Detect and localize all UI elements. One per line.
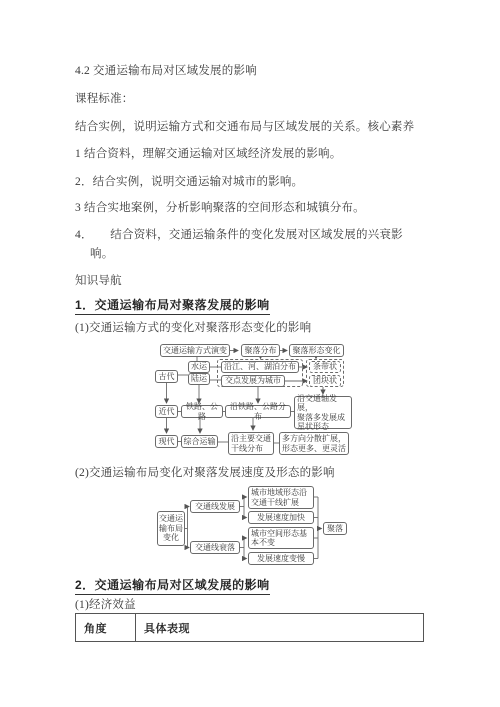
box-transport-mode-evolution: 交通运输方式演变: [160, 344, 230, 357]
box-modern-era: 近代: [155, 405, 178, 418]
box-rail-road: 铁路、公路: [181, 405, 223, 418]
box-settlement: 聚落: [323, 522, 347, 535]
box-node-city: 交点发展为城市: [221, 375, 285, 387]
objective-line-wrap: 响。: [90, 245, 113, 261]
box-settlement-distribution: 聚落分布: [241, 344, 280, 357]
document-page: 4.2 交通运输布局对区域发展的影响 课程标准： 结合实例，说明运输方式和交通布…: [0, 0, 500, 707]
box-multi-direction-expand: 多方向分散扩展， 形态更多、更灵活: [279, 432, 349, 455]
economic-benefit-table: 角度 具体表现: [75, 613, 424, 642]
box-speed-slow: 发展速度变慢: [248, 552, 314, 565]
course-standard-label: 课程标准：: [75, 90, 134, 106]
objective-line: 结合实例，说明运输方式和交通布局与区域发展的关系。核心素养: [75, 118, 414, 134]
box-cluster-shape: 团块状: [309, 375, 341, 387]
table-header-detail: 具体表现: [136, 614, 424, 642]
box-axis-growth: 沿交通轴发展， 聚落多发展成 星状形态: [294, 396, 352, 429]
table-header-angle: 角度: [76, 614, 136, 642]
section1-heading: 1．交通运输布局对聚落发展的影响: [75, 296, 270, 315]
box-ancient: 古代: [155, 370, 178, 383]
box-speed-up: 发展速度加快: [248, 511, 314, 524]
box-line-decline: 交通线衰落: [190, 541, 240, 554]
document-title: 4.2 交通运输布局对区域发展的影响: [75, 62, 257, 78]
box-contemporary: 现代: [155, 435, 178, 448]
box-land-transport: 陆运: [188, 373, 210, 385]
objective-line: 3 结合实地案例，分析影响聚落的空间形态和城镇分布。: [75, 199, 365, 215]
objective-line: 4． 结合资料，交通运输条件的变化发展对区域发展的兴衰影: [75, 226, 403, 242]
section1-sub2: (2)交通运输布局变化对聚落发展速度及形态的影响: [75, 464, 335, 480]
knowledge-nav-label: 知识导航: [75, 272, 122, 288]
box-along-rail-road: 沿铁路、公路分布: [225, 405, 291, 418]
box-form-unchanged: 城市空间形态基 本不变: [248, 527, 314, 549]
box-settlement-form-change: 聚落形态变化: [289, 344, 344, 357]
box-strip-shape: 条带状: [309, 361, 341, 373]
section2-heading: 2．交通运输布局对区域发展的影响: [75, 576, 270, 595]
table-header-row: 角度 具体表现: [76, 614, 424, 642]
section2-sub1: (1)经济效益: [75, 596, 136, 612]
box-comprehensive-transport: 综合运输: [181, 435, 218, 448]
box-layout-change: 交通运 输布局 变化: [157, 511, 185, 546]
box-line-develop: 交通线发展: [190, 500, 240, 513]
box-water-transport: 水运: [188, 361, 210, 373]
flowchart-transport-mode-evolution: 交通运输方式演变 聚落分布 聚落形态变化 古代 水运 陆运 沿江、河、湖泊分布 …: [153, 340, 353, 458]
section1-sub1: (1)交通运输方式的变化对聚落形态变化的影响: [75, 319, 311, 335]
box-city-form-expand: 城市地域形态沿 交通干线扩展: [248, 486, 314, 509]
objective-line: 1 结合资料，理解交通运输对区域经济发展的影响。: [75, 145, 341, 161]
box-along-trunk-lines: 沿主要交通 干线分布: [228, 432, 274, 455]
objective-line: 2．结合实例，说明交通运输对城市的影响。: [75, 173, 303, 189]
flowchart-layout-change-effect: 交通运 输布局 变化 交通线发展 城市地域形态沿 交通干线扩展 发展速度加快 交…: [155, 484, 355, 570]
box-along-rivers: 沿江、河、湖泊分布: [221, 361, 299, 373]
